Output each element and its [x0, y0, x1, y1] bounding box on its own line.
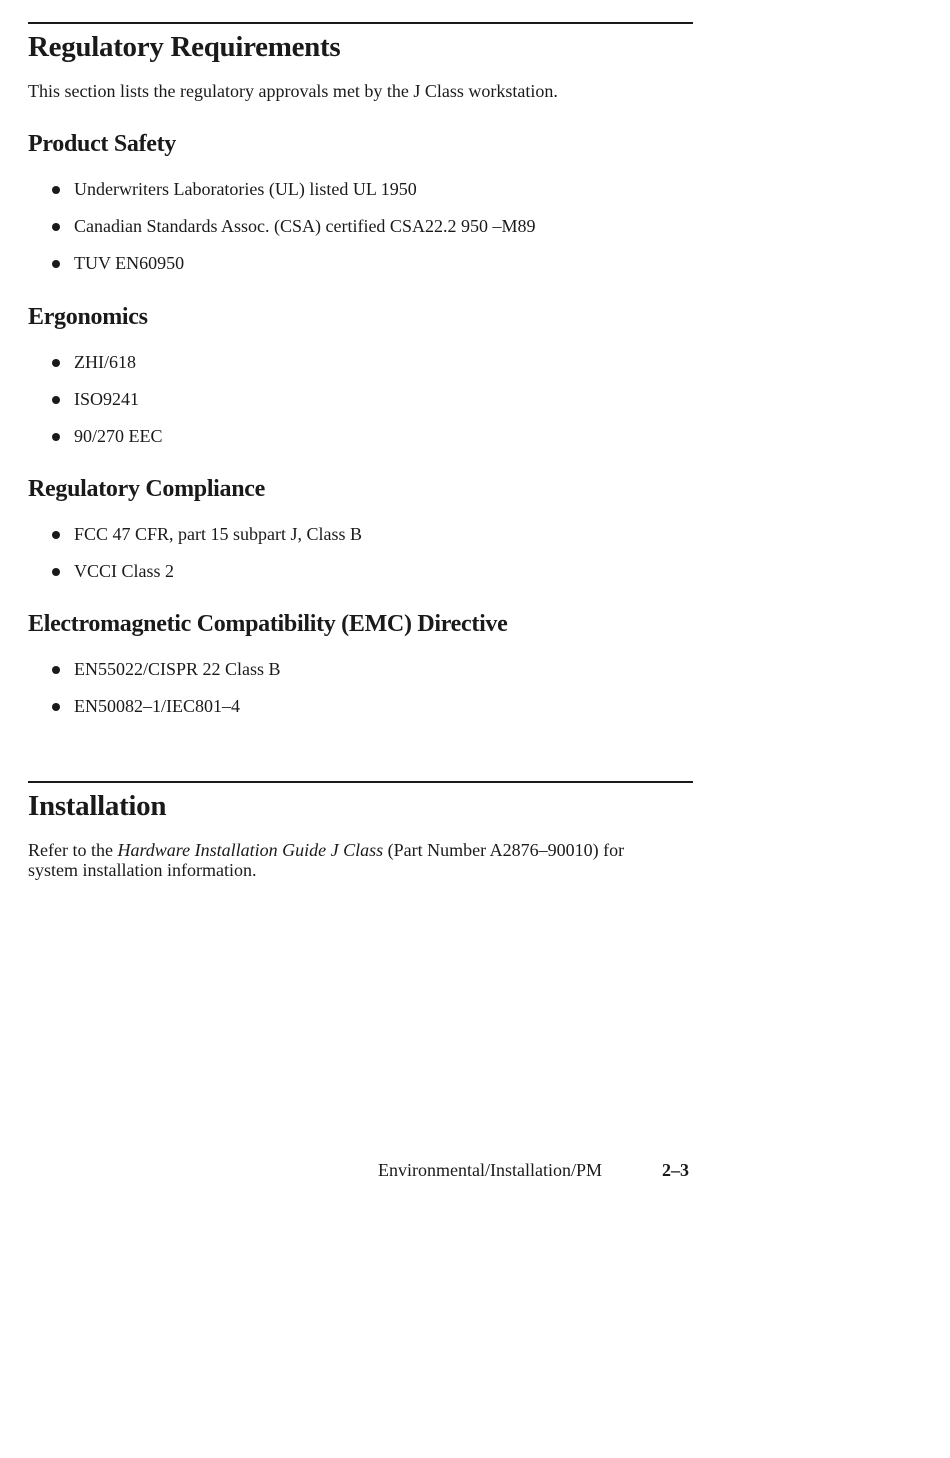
subsection-title-product-safety: Product Safety: [28, 130, 176, 158]
section-title-installation: Installation: [28, 789, 166, 823]
installation-body: Refer to the Hardware Installation Guide…: [28, 840, 624, 880]
page-footer: Environmental/Installation/PM 2–3: [378, 1160, 602, 1180]
list-item: EN50082–1/IEC801–4: [28, 696, 281, 716]
referenced-guide-title: Hardware Installation Guide J Class: [117, 840, 383, 860]
bullet-icon: [52, 186, 60, 194]
list-item: VCCI Class 2: [28, 561, 362, 581]
bullet-icon: [52, 260, 60, 268]
section-divider: [28, 22, 693, 24]
bullet-icon: [52, 568, 60, 576]
product-safety-list: Underwriters Laboratories (UL) listed UL…: [28, 179, 535, 273]
bullet-icon: [52, 531, 60, 539]
bullet-icon: [52, 396, 60, 404]
list-item: Canadian Standards Assoc. (CSA) certifie…: [28, 216, 535, 236]
bullet-icon: [52, 433, 60, 441]
list-item: EN55022/CISPR 22 Class B: [28, 659, 281, 679]
bullet-icon: [52, 223, 60, 231]
ergonomics-list: ZHI/618 ISO9241 90/270 EEC: [28, 352, 163, 446]
emc-directive-list: EN55022/CISPR 22 Class B EN50082–1/IEC80…: [28, 659, 281, 716]
list-item: ZHI/618: [28, 352, 163, 372]
list-item: TUV EN60950: [28, 253, 535, 273]
subsection-title-regulatory-compliance: Regulatory Compliance: [28, 475, 265, 503]
list-item: FCC 47 CFR, part 15 subpart J, Class B: [28, 524, 362, 544]
list-item: 90/270 EEC: [28, 426, 163, 446]
section-title-regulatory-requirements: Regulatory Requirements: [28, 30, 340, 64]
subsection-title-emc-directive: Electromagnetic Compatibility (EMC) Dire…: [28, 610, 508, 638]
bullet-icon: [52, 666, 60, 674]
bullet-icon: [52, 359, 60, 367]
regulatory-compliance-list: FCC 47 CFR, part 15 subpart J, Class B V…: [28, 524, 362, 581]
section-divider: [28, 781, 693, 783]
subsection-title-ergonomics: Ergonomics: [28, 303, 148, 331]
section-intro: This section lists the regulatory approv…: [28, 81, 558, 101]
footer-chapter: Environmental/Installation/PM: [378, 1160, 602, 1180]
list-item: ISO9241: [28, 389, 163, 409]
bullet-icon: [52, 703, 60, 711]
list-item: Underwriters Laboratories (UL) listed UL…: [28, 179, 535, 199]
page-number: 2–3: [662, 1160, 689, 1180]
